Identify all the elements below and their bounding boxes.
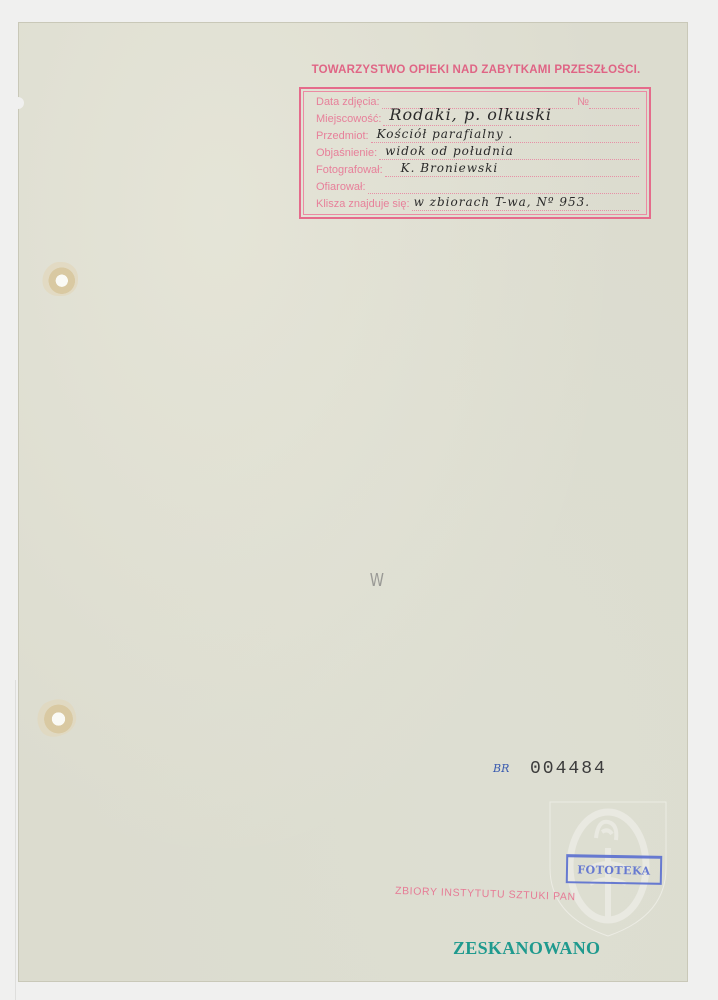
field-label: Data zdjęcia: xyxy=(316,95,380,109)
number-value xyxy=(589,94,639,109)
field-label: Objaśnienie: xyxy=(316,146,377,160)
field-value: widok od południa xyxy=(379,145,639,160)
field-donor: Ofiarował: xyxy=(316,178,639,194)
field-value: Rodaki, p. olkuski xyxy=(383,111,639,126)
field-label: Ofiarował: xyxy=(316,180,366,194)
field-label: Miejscowość: xyxy=(316,112,381,126)
handwritten-photographer: K. Broniewski xyxy=(401,161,499,175)
number-label: № xyxy=(577,95,589,109)
field-description: Objaśnienie: widok od południa xyxy=(316,144,639,160)
scan-edge-line xyxy=(15,680,16,1000)
field-value: w zbiorach T-wa, Nº 953. xyxy=(412,196,639,211)
inventory-number: 004484 xyxy=(530,759,607,779)
field-label: Fotografował: xyxy=(316,163,383,177)
field-subject: Przedmiot: Kościół parafialny . xyxy=(316,127,639,143)
field-photographer: Fotografował: K. Broniewski xyxy=(316,161,639,177)
scanned-status-stamp: ZESKANOWANO xyxy=(453,938,600,959)
handwritten-negative-location: w zbiorach T-wa, Nº 953. xyxy=(414,195,591,209)
field-label: Klisza znajduje się: xyxy=(316,197,410,211)
inventory-prefix: BR xyxy=(493,762,509,775)
handwritten-description: widok od południa xyxy=(385,144,514,158)
field-value xyxy=(368,179,639,194)
fototeka-stamp: FOTOTEKA xyxy=(566,854,662,885)
photo-record-stamp: Data zdjęcia: № Miejscowość: Rodaki, p. … xyxy=(299,87,651,219)
field-negative-location: Klisza znajduje się: w zbiorach T-wa, Nº… xyxy=(316,195,639,211)
handwritten-subject: Kościół parafialny . xyxy=(377,127,514,141)
field-value: Kościół parafialny . xyxy=(371,128,639,143)
society-stamp-header: TOWARZYSTWO OPIEKI NAD ZABYTKAMI PRZESZŁ… xyxy=(300,64,652,76)
pencil-annotation: W xyxy=(370,570,384,591)
field-label: Przedmiot: xyxy=(316,129,369,143)
handwritten-locality: Rodaki, p. olkuski xyxy=(389,105,552,124)
tape-residue-top xyxy=(42,262,78,296)
field-locality: Miejscowość: Rodaki, p. olkuski xyxy=(316,110,639,126)
field-value: K. Broniewski xyxy=(385,162,639,177)
punch-hole xyxy=(12,97,24,109)
